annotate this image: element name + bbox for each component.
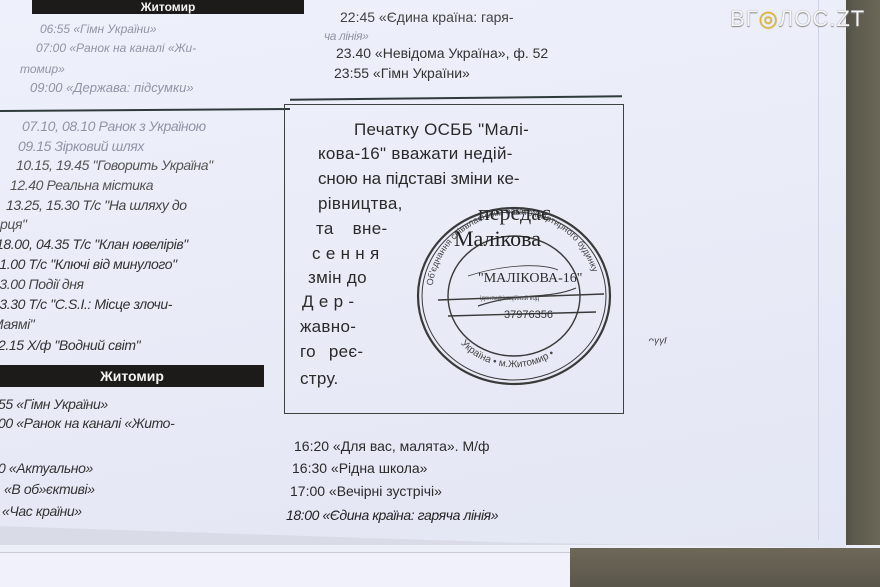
schedule-item: 16:30 «Рідна школа» <box>292 460 427 476</box>
schedule-item: 23.40 «Невідома Україна», ф. 52 <box>336 45 548 61</box>
schedule-item: 23.30 Т/с "C.S.I.: Місце злочи- <box>0 296 172 312</box>
megaphone-icon: ◎ <box>759 6 779 31</box>
schedule-item: 07.10, 08.10 Ранок з Україною <box>22 118 206 134</box>
schedule-item: 17:00 «Вечірні зустрічі» <box>290 483 442 499</box>
notice-line: Печатку ОСББ "Малі- <box>354 120 529 140</box>
section-header-zhytomyr-bottom: Житомир <box>0 365 264 387</box>
schedule-item: «В об»єктиві» <box>4 481 95 497</box>
handwritten-name: Малікова <box>454 226 541 252</box>
schedule-item: 18:00 «Єдина країна: гаряча лінія» <box>286 507 498 523</box>
underlying-sheet <box>0 552 570 587</box>
notice-line: та вне- <box>316 219 387 239</box>
schedule-item: 21.00 Т/с "Ключі від минулого" <box>0 256 177 272</box>
schedule-item: 23:55 «Гімн України» <box>334 65 470 81</box>
schedule-item: 0 «Актуально» <box>0 460 93 476</box>
schedule-item: 06:55 «Гімн України» <box>40 22 157 36</box>
schedule-item: Маямі" <box>0 316 34 332</box>
notice-line: змін до <box>308 268 367 288</box>
schedule-item: 09:00 «Держава: підсумки» <box>30 80 194 95</box>
schedule-item: 2.15 Х/ф "Водний світ" <box>0 337 140 353</box>
notice-line: с е н н я <box>312 244 380 264</box>
schedule-item: 13.25, 15.30 Т/с "На шляху до <box>6 197 187 213</box>
background-table <box>570 548 880 587</box>
schedule-item: 18.00, 04.35 Т/с "Клан ювелірів" <box>0 236 188 252</box>
notice-line: рівництва, <box>318 194 403 214</box>
site-logo[interactable]: ВГ◎ЛОС.ZT <box>730 6 865 32</box>
column-rule <box>818 0 819 540</box>
schedule-item: 55 «Гімн України» <box>0 396 108 412</box>
schedule-item: 09.15 Зірковий шлях <box>18 138 144 154</box>
svg-text:ідентифікаційний код: ідентифікаційний код <box>480 295 540 302</box>
notice-line: Д е р - <box>302 292 354 312</box>
section-header-zhytomyr-top: Житомир <box>32 0 304 14</box>
schedule-item: 10.15, 19.45 "Говорить Україна" <box>16 157 213 173</box>
logo-text-suffix: ЛОС.ZT <box>779 6 865 31</box>
notice-line: стру. <box>300 369 339 389</box>
section-divider <box>0 108 290 112</box>
schedule-item: 22:45 «Єдина країна: гаря- <box>340 9 514 25</box>
schedule-item: серця" <box>0 216 27 232</box>
schedule-item: 16:20 «Для вас, малята». М/ф <box>294 438 490 454</box>
notice-line: жавно- <box>300 317 356 337</box>
schedule-item: «Час країни» <box>2 503 82 519</box>
notice-line: сною на підставі зміни ке- <box>318 169 519 189</box>
newspaper-page: Житомир 06:55 «Гімн України» 07:00 «Рано… <box>0 0 846 548</box>
section-divider <box>290 95 622 100</box>
schedule-item: 07:00 «Ранок на каналі «Жи- <box>36 41 196 55</box>
svg-text:"МАЛІКОВА-16": "МАЛІКОВА-16" <box>478 271 582 286</box>
svg-text:37976356: 37976356 <box>504 309 553 321</box>
margin-scribble: ᵔᵞᵞᴵ <box>648 334 666 350</box>
schedule-item: 23.00 Події дня <box>0 276 84 292</box>
logo-text-prefix: ВГ <box>730 6 759 31</box>
schedule-item: 00 «Ранок на каналі «Жито- <box>0 415 174 431</box>
schedule-item: ча лінія» <box>324 29 368 43</box>
notice-line: го реє- <box>300 342 363 362</box>
notice-line: кова-16" вважати недій- <box>318 144 513 164</box>
schedule-item: 12.40 Реальна містика <box>10 177 153 193</box>
handwritten-note: передає <box>478 200 550 226</box>
schedule-item: томир» <box>20 62 65 76</box>
